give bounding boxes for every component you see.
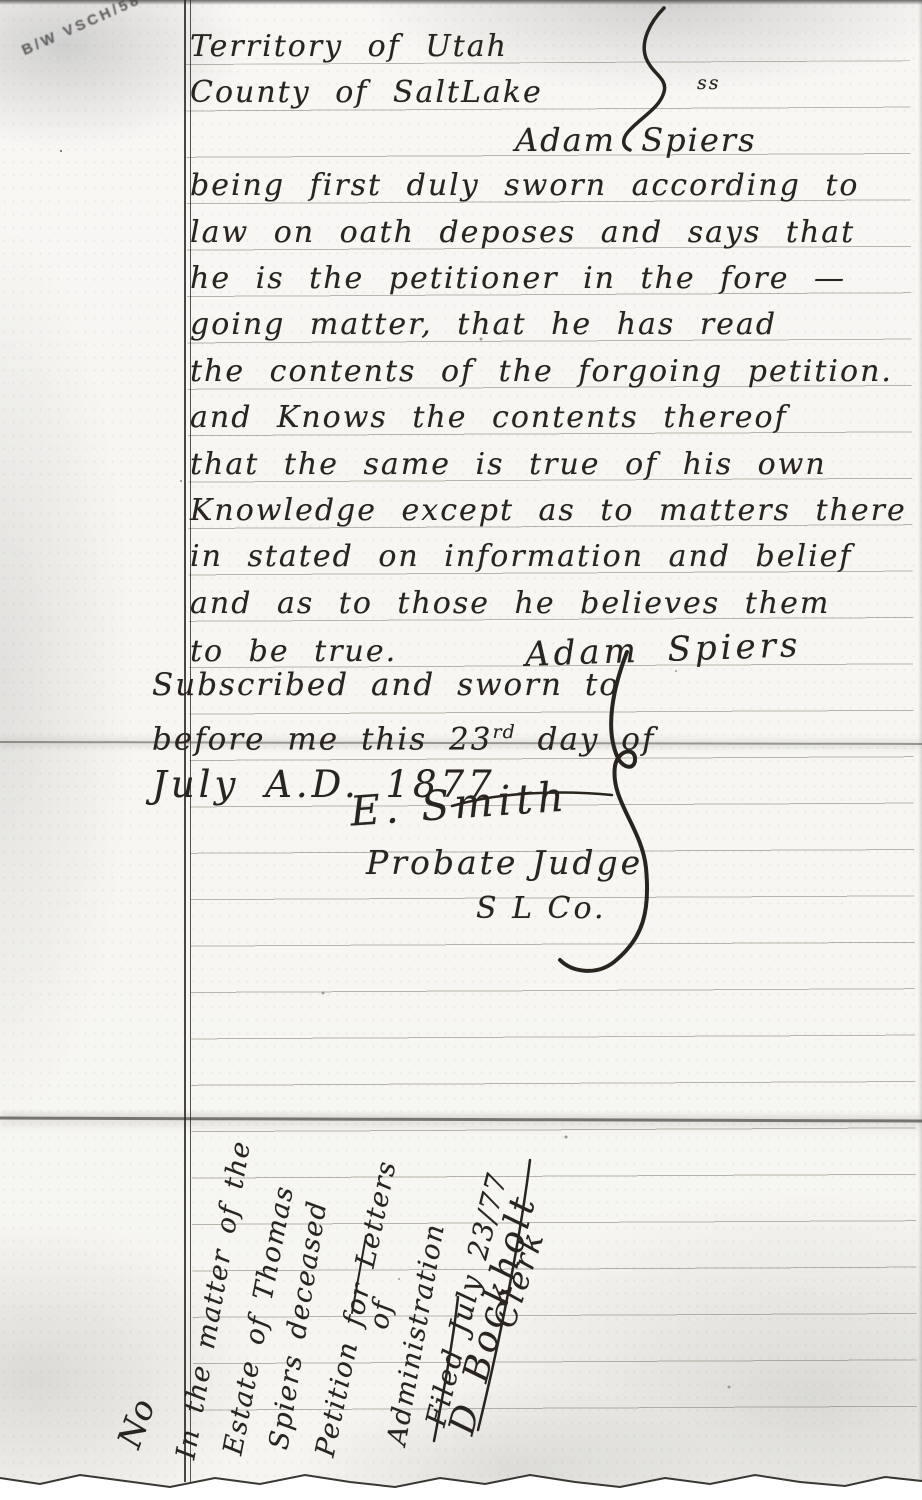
docket-line: of [363, 1297, 402, 1332]
affidavit-body-line: the contents of the forgoing petition. [190, 349, 910, 395]
notary-title: Probate Judge [366, 843, 643, 882]
ss-scilicet-mark: ss [697, 72, 721, 94]
jurat-ordinal-suffix: rd [493, 721, 516, 743]
jurat-line-2-tail: day of [516, 721, 656, 757]
affiant-name: Adam Spiers [190, 117, 910, 163]
header-territory: Territory of Utah [190, 24, 910, 70]
affidavit-body-line: being first duly sworn according to [190, 163, 910, 209]
jurat-line-2-text: before me this 23 [152, 721, 493, 757]
notary-jurisdiction: S L Co. [476, 891, 607, 926]
scan-edge-right [918, 0, 922, 1480]
affidavit-body-line: law on oath deposes and says that [190, 210, 910, 256]
ink-specks [60, 150, 62, 152]
affidavit-body-line: and Knows the contents thereof [190, 395, 910, 441]
affidavit-body: being first duly sworn according tolaw o… [190, 163, 910, 627]
affidavit-body-line: that the same is true of his own [190, 442, 910, 488]
affidavit-body-line: and as to those he believes them [190, 581, 910, 627]
jurat-line-1: Subscribed and sworn to [152, 662, 655, 709]
scanned-document-page: B/W VSCH/58 Territory of Utah County of … [0, 0, 922, 1500]
affidavit-body-line: Knowledge except as to matters there [190, 488, 910, 534]
header-county: County of SaltLake [190, 70, 910, 116]
jurat-line-2: before me this 23rd day of [152, 709, 655, 763]
affidavit-body-line: in stated on information and belief [190, 534, 910, 580]
affidavit-body-line: going matter, that he has read [190, 302, 910, 348]
affidavit-body-line: he is the petitioner in the fore — [190, 256, 910, 302]
